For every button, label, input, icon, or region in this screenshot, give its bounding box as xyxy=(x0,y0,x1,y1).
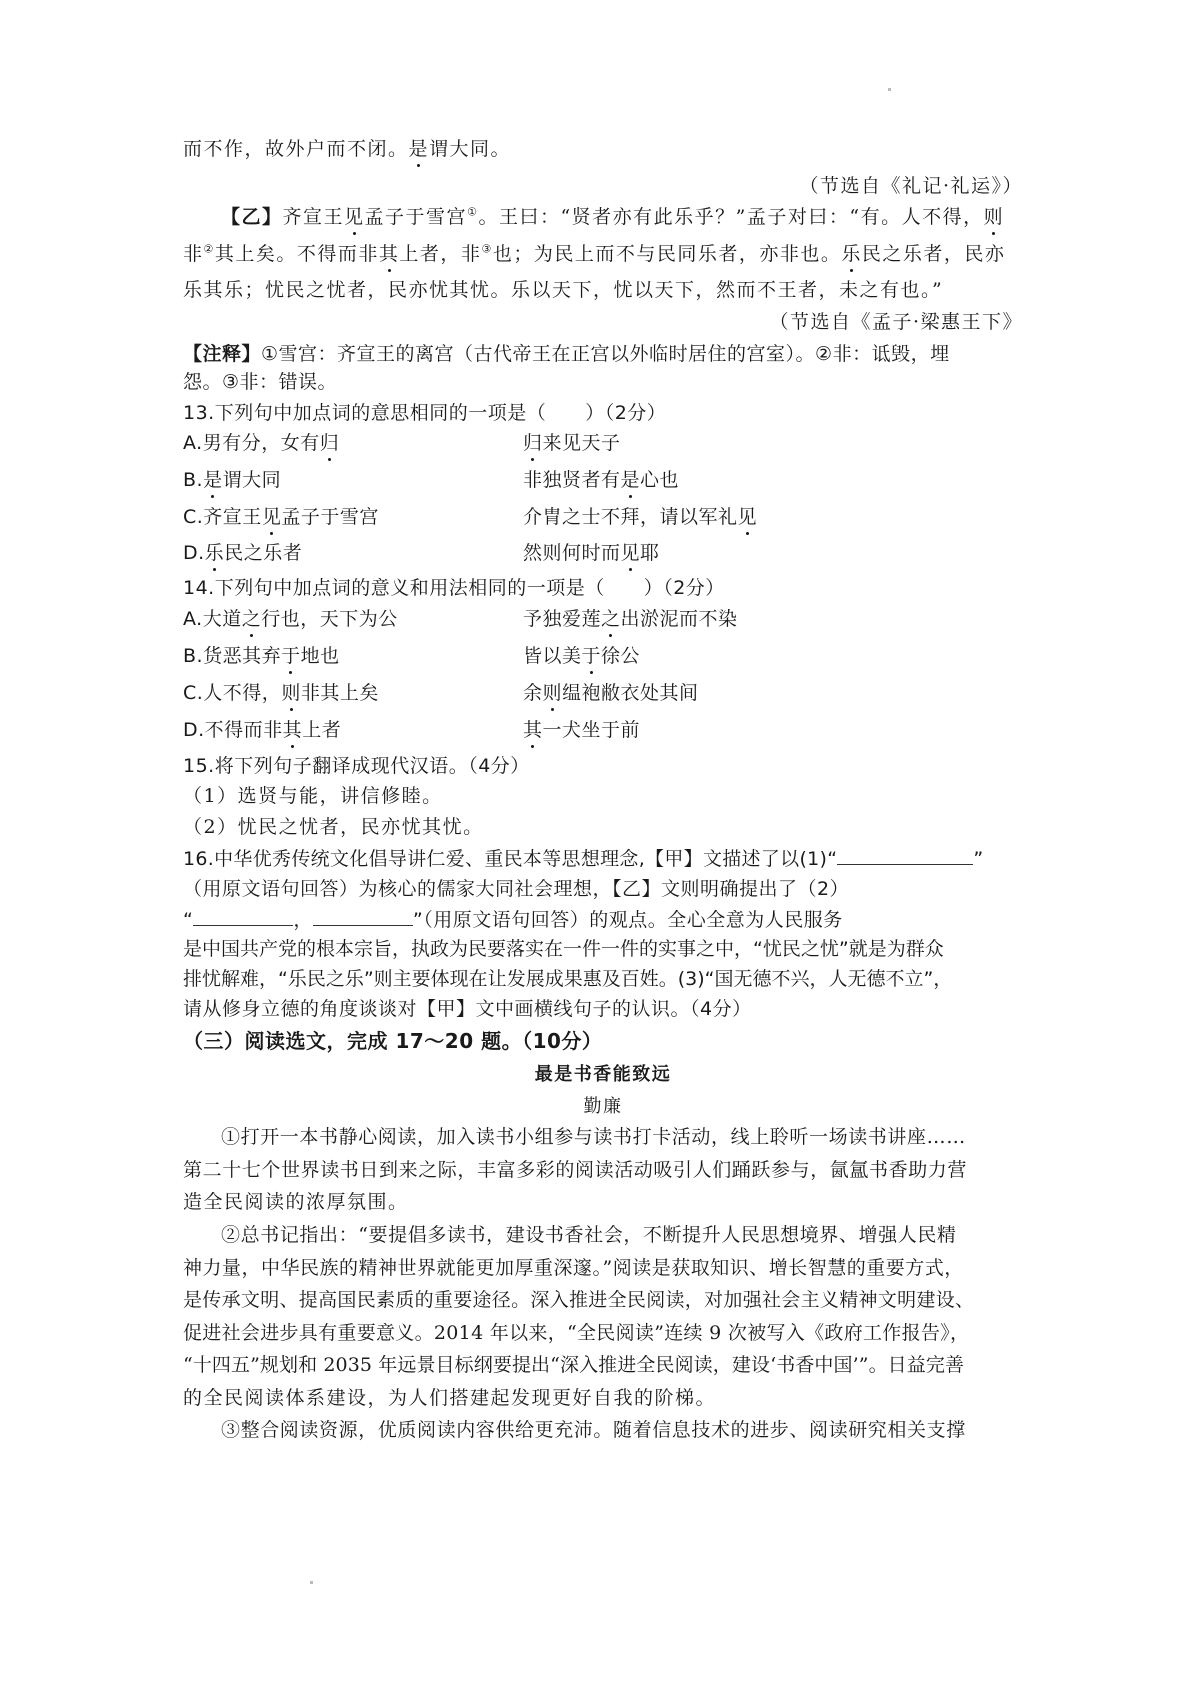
text: 来见天子 xyxy=(543,432,621,454)
scan-speck xyxy=(888,88,891,91)
dotted-word: 其 xyxy=(283,718,303,742)
text: ”（用原文语句回答）的观点。全心全意为人民服务 xyxy=(413,909,843,931)
text: 谓大同 xyxy=(223,469,282,491)
text: “ xyxy=(183,909,193,931)
dotted-word: 是 xyxy=(203,468,223,492)
q15-stem: 15.将下列句子翻译成现代汉语。（4分） xyxy=(183,754,530,778)
q13-option-c: C.齐宣王见孟子于雪宫 介胄之士不拜，请以军礼见 xyxy=(183,505,1023,529)
q13-option-b: B.是谓大同 非独贤者有是心也 xyxy=(183,468,1023,492)
text: 介胄之士不拜，请以军礼 xyxy=(523,506,738,528)
article-p2-line-1: ②总书记指出：“要提倡多读书，建设书香社会，不断提升人民思想境界、增强人民精 xyxy=(183,1223,957,1247)
dotted-word: 乐 xyxy=(205,541,225,565)
text: 16.中华优秀传统文化倡导讲仁爱、重民本等思想理念,【甲】文描述了以(1)“ xyxy=(183,848,837,870)
passage-jia-source: （节选自《礼记·礼运》） xyxy=(799,174,1023,198)
text: ， xyxy=(293,909,313,931)
passage-label: 【乙】 xyxy=(221,206,283,228)
q16-line-2: （用原文语句回答）为核心的儒家大同社会理想，【乙】文则明确提出了（2） xyxy=(183,877,849,901)
text: 一犬坐于前 xyxy=(543,719,641,741)
text: 而不作，故外户而不闭。 xyxy=(183,138,409,160)
answer-blank-3[interactable] xyxy=(313,907,413,926)
passage-yi-line-3: 乐其乐；忧民之忧者，民亦忧其忧。乐以天下，忧以天下，然而不王者，未之有也。” xyxy=(183,278,943,302)
footnote-marker: ② xyxy=(204,243,215,256)
dotted-word: 于 xyxy=(582,644,602,668)
notes-line-1: 【注释】①雪宫：齐宣王的离宫（古代帝王在正宫以外临时居住的宫室）。②非：诋毁，埋 xyxy=(183,342,950,366)
article-p2-line-6: 的全民阅读体系建设，为人们搭建起发现更好自我的阶梯。 xyxy=(183,1386,716,1410)
dotted-word: 其 xyxy=(523,718,543,742)
dotted-word: 则 xyxy=(281,681,301,705)
article-p1-line-1: ①打开一本书静心阅读，加入读书小组参与读书打卡活动，线上聆听一场读书讲座…… xyxy=(183,1125,966,1149)
dotted-word: 则 xyxy=(543,681,563,705)
dotted-word: 则 xyxy=(984,205,1005,229)
q14-option-c: C.人不得，则非其上矣 余则缊袍敝衣处其间 xyxy=(183,681,1023,705)
text: D. xyxy=(183,542,205,564)
q15-item-1: （1）选贤与能，讲信修睦。 xyxy=(183,784,443,808)
q14-option-d: D.不得而非其上者 其一犬坐于前 xyxy=(183,718,1023,742)
article-p2-line-2: 神力量，中华民族的精神世界就能更加厚重深邃。”阅读是获取知识、增长智慧的重要方式… xyxy=(183,1256,964,1280)
dotted-word: 见 xyxy=(344,205,365,229)
text: D.不得而非 xyxy=(183,719,283,741)
text: ①雪宫：齐宣王的离宫（古代帝王在正宫以外临时居住的宫室）。②非：诋毁，埋 xyxy=(261,343,950,365)
article-author: 勤廉 xyxy=(183,1095,1023,1119)
passage-yi-line-2: 非②其上矣。不得而非其上者，非③也；为民上而不与民同乐者，亦非也。乐民之乐者，民… xyxy=(183,242,1005,266)
notes-line-2: 怨。③非：错误。 xyxy=(183,370,337,394)
text: 谓大同。 xyxy=(429,138,511,160)
q16-line-3: “，”（用原文语句回答）的观点。全心全意为人民服务 xyxy=(183,907,843,932)
notes-label: 【注释】 xyxy=(183,343,261,365)
text: A.大道 xyxy=(183,608,242,630)
q14-stem: 14.下列句中加点词的意义和用法相同的一项是（ ）（2分） xyxy=(183,576,725,600)
dotted-word: 于 xyxy=(281,644,301,668)
q14-option-a: A.大道之行也，天下为公 予独爱莲之出淤泥而不染 xyxy=(183,607,1023,631)
text: A.男有分，女有 xyxy=(183,432,320,454)
text: 上者 xyxy=(302,719,341,741)
text: ” xyxy=(973,848,983,870)
q16-line-5: 排忧解难，“乐民之乐”则主要体现在让发展成果惠及百姓。(3)“国无德不兴，人无德… xyxy=(183,967,952,991)
text: 非独贤者有 xyxy=(523,469,621,491)
footnote-marker: ① xyxy=(467,206,478,219)
dotted-word: 是 xyxy=(409,137,430,161)
q16-line-1: 16.中华优秀传统文化倡导讲仁爱、重民本等思想理念,【甲】文描述了以(1)“” xyxy=(183,846,984,871)
passage-jia-last-line: 而不作，故外户而不闭。是谓大同。 xyxy=(183,137,511,161)
dotted-word: 见 xyxy=(738,505,758,529)
q16-line-6: 请从修身立德的角度谈谈对【甲】文中画横线句子的认识。（4分） xyxy=(183,997,752,1021)
text: 民之乐者 xyxy=(224,542,302,564)
answer-blank-2[interactable] xyxy=(193,907,293,926)
text: 行也，天下为公 xyxy=(261,608,398,630)
text: 上者，非 xyxy=(399,243,481,265)
text: 地也 xyxy=(301,645,340,667)
q13-option-d: D.乐民之乐者 然则何时而见耶 xyxy=(183,541,1023,565)
dotted-word: 是 xyxy=(621,468,641,492)
text: 非 xyxy=(183,243,204,265)
article-p2-line-3: 是传承文明、提高国民素质的重要途径。深入推进全民阅读，对加强社会主义精神文明建设… xyxy=(183,1288,974,1312)
text: C.人不得， xyxy=(183,682,281,704)
text: 心也 xyxy=(640,469,679,491)
q16-line-4: 是中国共产党的根本宗旨，执政为民要落实在一件一件的实事之中，“忧民之忧”就是为群… xyxy=(183,937,944,961)
dotted-word: 之 xyxy=(601,607,621,631)
answer-blank-1[interactable] xyxy=(837,846,973,865)
article-p2-line-4: 促进社会进步具有重要意义。2014 年以来，“全民阅读”连续 9 次被写入《政府… xyxy=(183,1321,969,1345)
q14-option-b: B.货恶其弃于地也 皆以美于徐公 xyxy=(183,644,1023,668)
text: 予独爱莲 xyxy=(523,608,601,630)
passage-yi-line-1: 【乙】齐宣王见孟子于雪宫①。王曰：“贤者亦有此乐乎？”孟子对曰：“有。人不得，则 xyxy=(183,205,1004,229)
text: C.齐宣王 xyxy=(183,506,262,528)
text: 其上矣。不得而非 xyxy=(215,243,379,265)
article-title: 最是书香能致远 xyxy=(183,1063,1023,1087)
text: B.货恶其弃 xyxy=(183,645,281,667)
article-p2-line-5: “十四五”规划和 2035 年远景目标纲要提出“深入推进全民阅读，建设‘书香中国… xyxy=(183,1353,964,1377)
dotted-word: 乐 xyxy=(841,242,862,266)
article-p1-line-2: 第二十七个世界读书日到来之际，丰富多彩的阅读活动吸引人们踊跃参与，氤氲书香助力营 xyxy=(183,1158,967,1182)
dotted-word: 之 xyxy=(242,607,262,631)
text: 齐宣王 xyxy=(283,206,345,228)
text: 缊袍敝衣处其间 xyxy=(562,682,699,704)
text: 耶 xyxy=(640,542,660,564)
text: 非其上矣 xyxy=(301,682,379,704)
text: 民之乐者，民亦 xyxy=(862,243,1006,265)
dotted-word: 归 xyxy=(320,431,340,455)
article-p1-line-3: 造全民阅读的浓厚氛围。 xyxy=(183,1190,409,1214)
text: 徐公 xyxy=(601,645,640,667)
dotted-word: 见 xyxy=(621,541,641,565)
dotted-word: 见 xyxy=(262,505,282,529)
text: B. xyxy=(183,469,203,491)
footnote-marker: ③ xyxy=(481,243,492,256)
text: 然则何时而 xyxy=(523,542,621,564)
q15-item-2: （2）忧民之忧者，民亦忧其忧。 xyxy=(183,815,484,839)
text: 。王曰：“贤者亦有此乐乎？”孟子对曰：“有。人不得， xyxy=(478,206,983,228)
text: 孟子于雪宫 xyxy=(365,206,468,228)
q13-option-a: A.男有分，女有归 归来见天子 xyxy=(183,431,1023,455)
text: 余 xyxy=(523,682,543,704)
scan-speck xyxy=(310,1581,313,1584)
section-3-heading: （三）阅读选文，完成 17～20 题。（10分） xyxy=(183,1029,602,1053)
text: 皆以美 xyxy=(523,645,582,667)
text: 也；为民上而不与民同乐者，亦非也。 xyxy=(493,243,842,265)
text: 出淤泥而不染 xyxy=(621,608,738,630)
dotted-word: 其 xyxy=(379,242,400,266)
dotted-word: 归 xyxy=(523,431,543,455)
passage-yi-source: （节选自《孟子·梁惠王下》 xyxy=(769,310,1023,334)
article-p3-line-1: ③整合阅读资源，优质阅读内容供给更充沛。随着信息技术的进步、阅读研究相关支撑 xyxy=(183,1418,966,1442)
q13-stem: 13.下列句中加点词的意思相同的一项是（ ）（2分） xyxy=(183,401,666,425)
text: 孟子于雪宫 xyxy=(281,506,379,528)
